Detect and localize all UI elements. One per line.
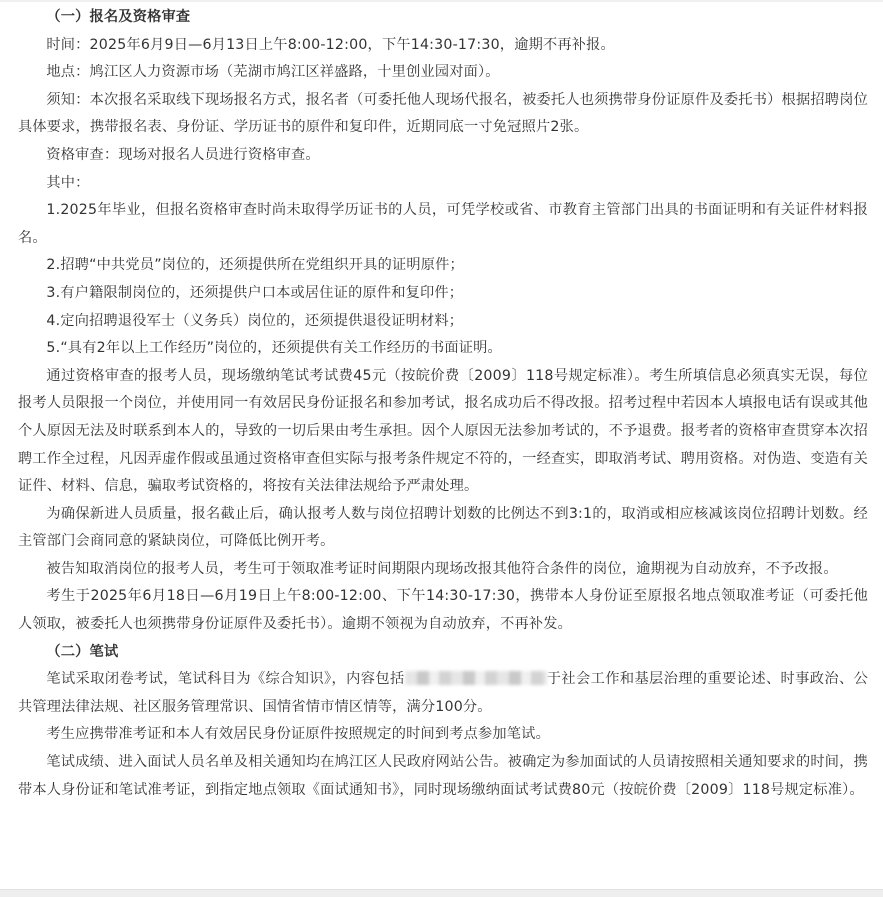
list-item-5: 5.“具有2年以上工作经历”岗位的，还须提供有关工作经历的书面证明。 <box>18 335 868 363</box>
list-item-3: 3.有户籍限制岗位的，还须提供户口本或居住证的原件和复印件； <box>18 280 868 308</box>
bottom-scroll-area <box>0 889 883 897</box>
article-body: （一）报名及资格审查 时间：2025年6月9日—6月13日上午8:00-12:0… <box>18 4 868 804</box>
paragraph-ratio: 为确保新进人员质量，报名截止后，确认报考人数与岗位招聘计划数的比例达不到3:1的… <box>18 501 868 556</box>
paragraph-notice: 须知：本次报名采取线下现场报名方式，报名者（可委托他人现场代报名，被委托人也须携… <box>18 87 868 142</box>
top-divider <box>0 0 883 2</box>
paragraph-time: 时间：2025年6月9日—6月13日上午8:00-12:00，下午14:30-1… <box>18 32 868 60</box>
paragraph-exam-fee: 通过资格审查的报考人员，现场缴纳笔试考试费45元（按皖价费〔2009〕118号规… <box>18 363 868 501</box>
list-item-4: 4.定向招聘退役军士（义务兵）岗位的，还须提供退役证明材料； <box>18 308 868 336</box>
paragraph-qualification-review: 资格审查：现场对报名人员进行资格审查。 <box>18 142 868 170</box>
paragraph-location: 地点：鸠江区人力资源市场（芜湖市鸠江区祥盛路，十里创业园对面）。 <box>18 59 868 87</box>
paragraph-exam-attendance: 考生应携带准考证和本人有效居民身份证原件按照规定的时间到考点参加笔试。 <box>18 721 868 749</box>
section-heading-written-exam: （二）笔试 <box>18 639 868 667</box>
list-item-2: 2.招聘“中共党员”岗位的，还须提供所在党组织开具的证明原件； <box>18 252 868 280</box>
paragraph-among: 其中： <box>18 170 868 198</box>
paragraph-admission-ticket: 考生于2025年6月18日—6月19日上午8:00-12:00、下午14:30-… <box>18 583 868 638</box>
paragraph-cancelled-positions: 被告知取消岗位的报考人员，考生可于领取准考证时间期限内现场改报其他符合条件的岗位… <box>18 556 868 584</box>
redacted-blur <box>405 671 547 685</box>
paragraph-exam-content: 笔试采取闭卷考试，笔试科目为《综合知识》，内容包括于社会工作和基层治理的重要论述… <box>18 666 868 721</box>
exam-content-text-a: 笔试采取闭卷考试，笔试科目为《综合知识》，内容包括 <box>46 671 404 687</box>
section-heading-registration: （一）报名及资格审查 <box>18 4 868 32</box>
paragraph-results-announcement: 笔试成绩、进入面试人员名单及相关通知均在鸠江区人民政府网站公告。被确定为参加面试… <box>18 749 868 804</box>
list-item-1: 1.2025年毕业，但报名资格审查时尚未取得学历证书的人员，可凭学校或省、市教育… <box>18 197 868 252</box>
